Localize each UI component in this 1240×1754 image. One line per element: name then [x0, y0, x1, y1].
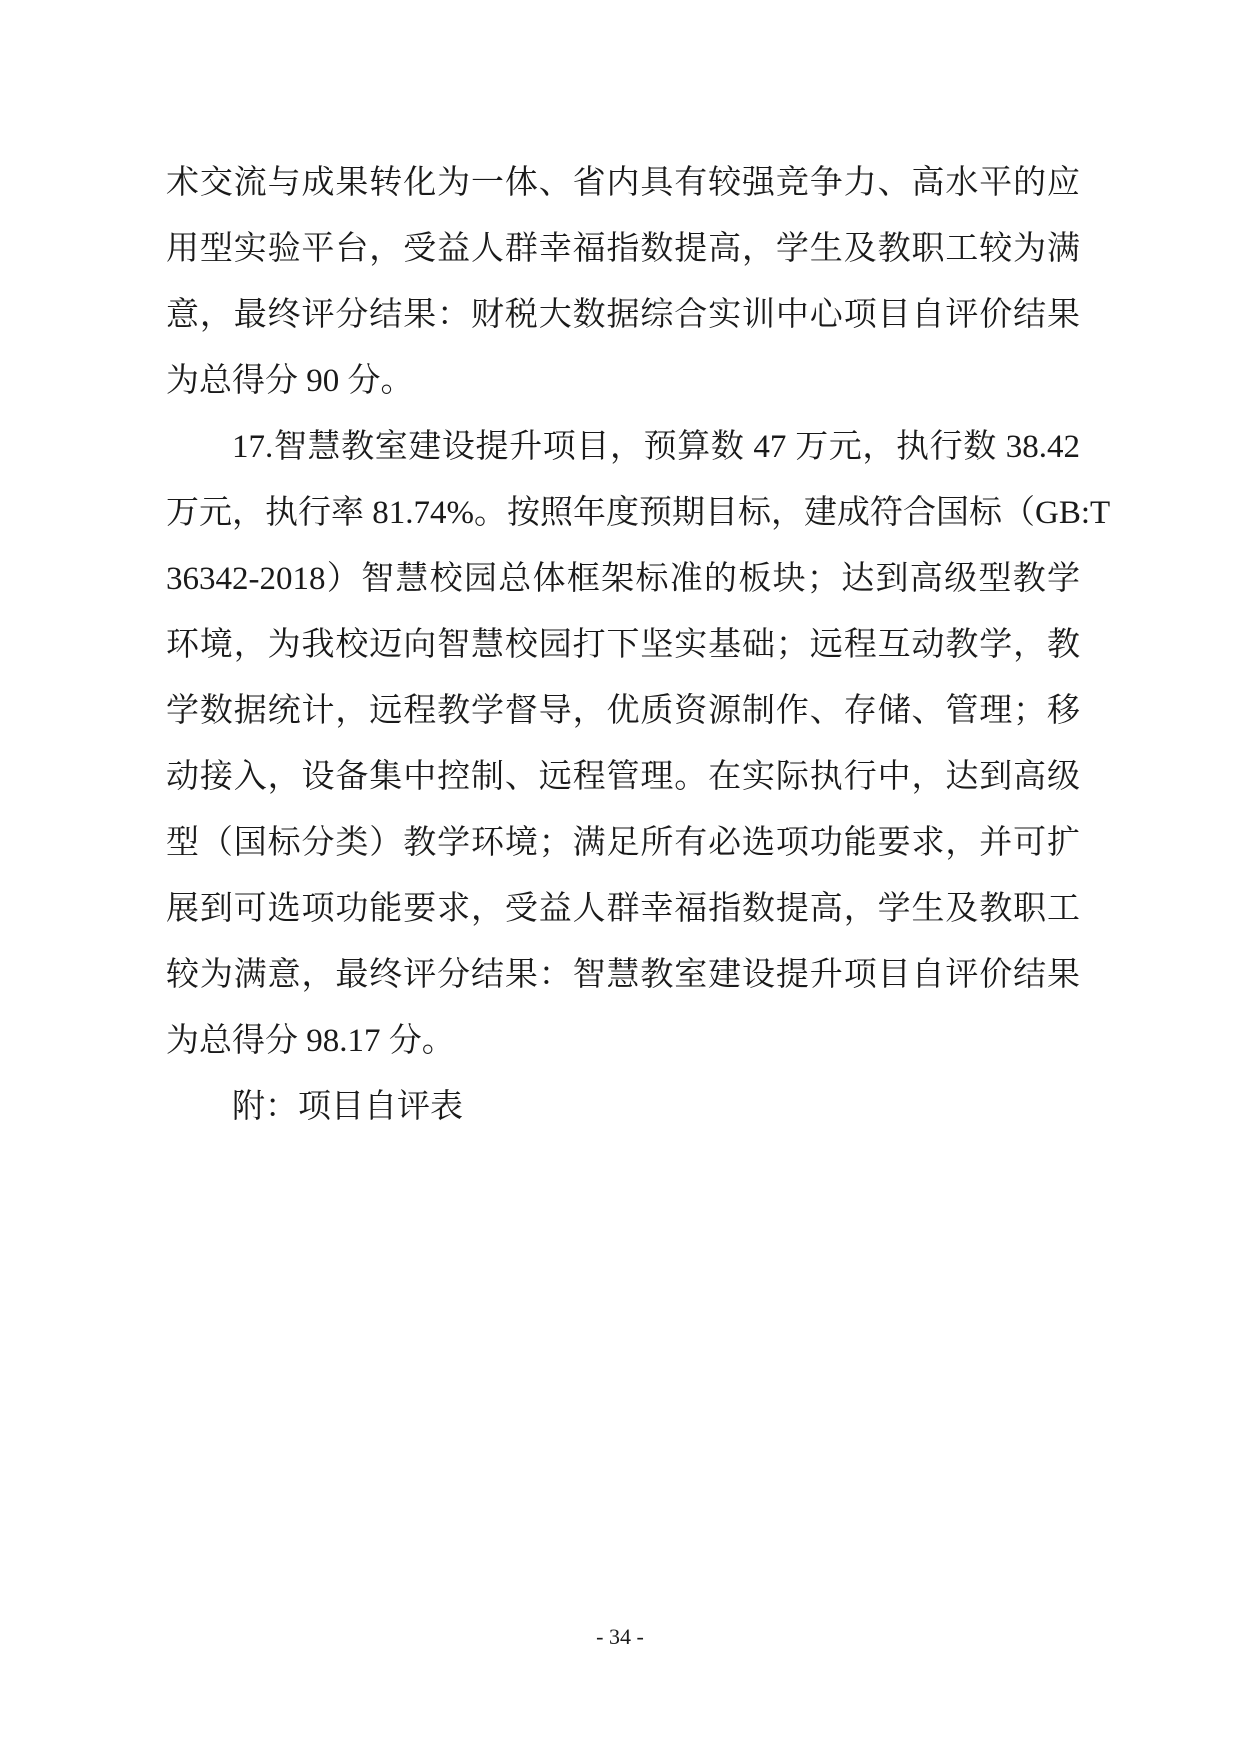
page-number: - 34 -	[0, 1622, 1240, 1652]
paragraph-continuation-item-16: 术交流与成果转化为一体、省内具有较强竞争力、高水平的应 用型实验平台，受益人群幸…	[166, 150, 1080, 414]
document-body: 术交流与成果转化为一体、省内具有较强竞争力、高水平的应 用型实验平台，受益人群幸…	[166, 150, 1080, 1140]
text-line: 17.智慧教室建设提升项目，预算数 47 万元，执行数 38.42	[166, 414, 1080, 480]
text-line: 型（国标分类）教学环境；满足所有必选项功能要求，并可扩	[166, 810, 1080, 876]
text-line: 较为满意，最终评分结果：智慧教室建设提升项目自评价结果	[166, 942, 1080, 1008]
text-line: 动接入，设备集中控制、远程管理。在实际执行中，达到高级	[166, 744, 1080, 810]
text-line: 意，最终评分结果：财税大数据综合实训中心项目自评价结果	[166, 282, 1080, 348]
paragraph-attachment-note: 附：项目自评表	[166, 1074, 1080, 1140]
text-line: 为总得分 90 分。	[166, 348, 1080, 414]
text-line: 用型实验平台，受益人群幸福指数提高，学生及教职工较为满	[166, 216, 1080, 282]
text-line: 为总得分 98.17 分。	[166, 1008, 1080, 1074]
document-page: 术交流与成果转化为一体、省内具有较强竞争力、高水平的应 用型实验平台，受益人群幸…	[0, 0, 1240, 1754]
text-line: 附：项目自评表	[166, 1074, 1080, 1140]
text-line: 万元，执行率 81.74%。按照年度预期目标，建成符合国标（GB:T	[166, 480, 1080, 546]
text-line: 环境，为我校迈向智慧校园打下坚实基础；远程互动教学，教	[166, 612, 1080, 678]
text-line: 学数据统计，远程教学督导，优质资源制作、存储、管理；移	[166, 678, 1080, 744]
paragraph-item-17: 17.智慧教室建设提升项目，预算数 47 万元，执行数 38.42 万元，执行率…	[166, 414, 1080, 1074]
text-line: 术交流与成果转化为一体、省内具有较强竞争力、高水平的应	[166, 150, 1080, 216]
text-line: 36342-2018）智慧校园总体框架标准的板块；达到高级型教学	[166, 546, 1080, 612]
text-line: 展到可选项功能要求，受益人群幸福指数提高，学生及教职工	[166, 876, 1080, 942]
